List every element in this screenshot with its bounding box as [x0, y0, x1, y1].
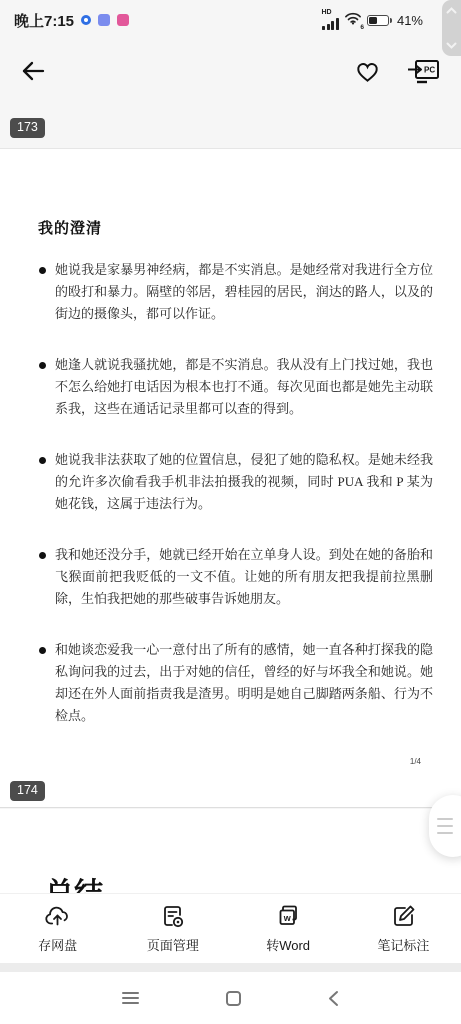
page-footer-number: 1/4 — [410, 757, 421, 766]
back-arrow-icon — [20, 60, 46, 82]
home-button[interactable] — [222, 987, 245, 1010]
status-bar: 晚上7:15 HD 6 41% — [0, 0, 461, 40]
tool-label: 转Word — [266, 935, 310, 954]
status-indicators: HD 6 41% — [322, 11, 447, 30]
back-button[interactable] — [20, 60, 46, 82]
word-doc-icon: w — [275, 903, 302, 930]
send-to-pc-button[interactable]: PC — [408, 58, 441, 85]
toolbar-divider — [0, 963, 461, 972]
bullet-item: 她说我非法获取了她的位置信息，侵犯了她的隐私权。是她未经我的允许多次偷看我手机非… — [38, 449, 433, 515]
tool-label: 存网盘 — [38, 935, 77, 954]
document-page-174[interactable]: 总结 — [0, 809, 461, 893]
wifi6-label: 6 — [360, 24, 364, 31]
bullet-item: 和她谈恋爱我一心一意付出了所有的感情，她一直各种打探我的隐私询问我的过去，出于对… — [38, 639, 433, 727]
bullet-list: 她说我是家暴男神经病，都是不实消息。是她经常对我进行全方位的殴打和暴力。隔壁的邻… — [38, 259, 433, 756]
tool-label: 页面管理 — [147, 935, 199, 954]
notification-dot-icon — [81, 15, 91, 25]
chevron-down-icon[interactable] — [446, 42, 457, 49]
edit-pencil-icon — [390, 903, 417, 930]
favorite-button[interactable] — [355, 60, 380, 83]
bullet-item: 她说我是家暴男神经病，都是不实消息。是她经常对我进行全方位的殴打和暴力。隔壁的邻… — [38, 259, 433, 325]
system-nav-bar — [0, 972, 461, 1024]
chevron-left-icon — [328, 990, 339, 1007]
phone-screen: 晚上7:15 HD 6 41% — [0, 0, 461, 1024]
tool-label: 笔记标注 — [377, 935, 429, 954]
page-number-badge: 173 — [10, 118, 45, 138]
bottom-toolbar: 存网盘 页面管理 w 转Word 笔记标注 — [0, 893, 461, 963]
save-to-cloud-button[interactable]: 存网盘 — [0, 894, 115, 963]
document-page-173[interactable]: 我的澄清 她说我是家暴男神经病，都是不实消息。是她经常对我进行全方位的殴打和暴力… — [0, 148, 461, 808]
svg-text:PC: PC — [424, 65, 435, 74]
app-notification-icon — [98, 14, 110, 26]
cellular-signal-icon: HD — [322, 11, 339, 30]
system-back-button[interactable] — [324, 986, 343, 1011]
app-notification-icon — [117, 14, 129, 26]
hd-volte-label: HD — [321, 9, 331, 16]
page-number-badge: 174 — [10, 781, 45, 801]
note-annotate-button[interactable]: 笔记标注 — [346, 894, 461, 963]
battery-percent: 41% — [397, 13, 423, 28]
send-to-pc-icon: PC — [408, 58, 441, 85]
quick-menu-handle[interactable] — [429, 795, 461, 857]
recents-button[interactable] — [118, 988, 143, 1007]
bullet-item: 我和她还没分手，她就已经开始在立单身人设。到处在她的备胎和飞猴面前把我贬低的一文… — [38, 544, 433, 610]
cloud-upload-icon — [44, 903, 71, 930]
heart-icon — [355, 60, 380, 83]
battery-icon — [367, 15, 392, 26]
page-scroll-control[interactable] — [442, 0, 461, 56]
document-heading: 我的澄清 — [38, 217, 102, 238]
page-manage-button[interactable]: 页面管理 — [115, 894, 230, 963]
chevron-up-icon[interactable] — [446, 7, 457, 14]
document-heading: 总结 — [45, 871, 103, 893]
home-square-icon — [226, 991, 241, 1006]
convert-to-word-button[interactable]: w 转Word — [231, 894, 346, 963]
wifi-icon: 6 — [344, 11, 362, 30]
header: PC — [0, 46, 461, 96]
svg-text:w: w — [282, 913, 291, 923]
page-manage-icon — [159, 903, 186, 930]
bullet-item: 她逢人就说我骚扰她，都是不实消息。我从没有上门找过她，我也不怎么给她打电话因为根… — [38, 354, 433, 420]
clock: 晚上7:15 — [14, 10, 74, 31]
